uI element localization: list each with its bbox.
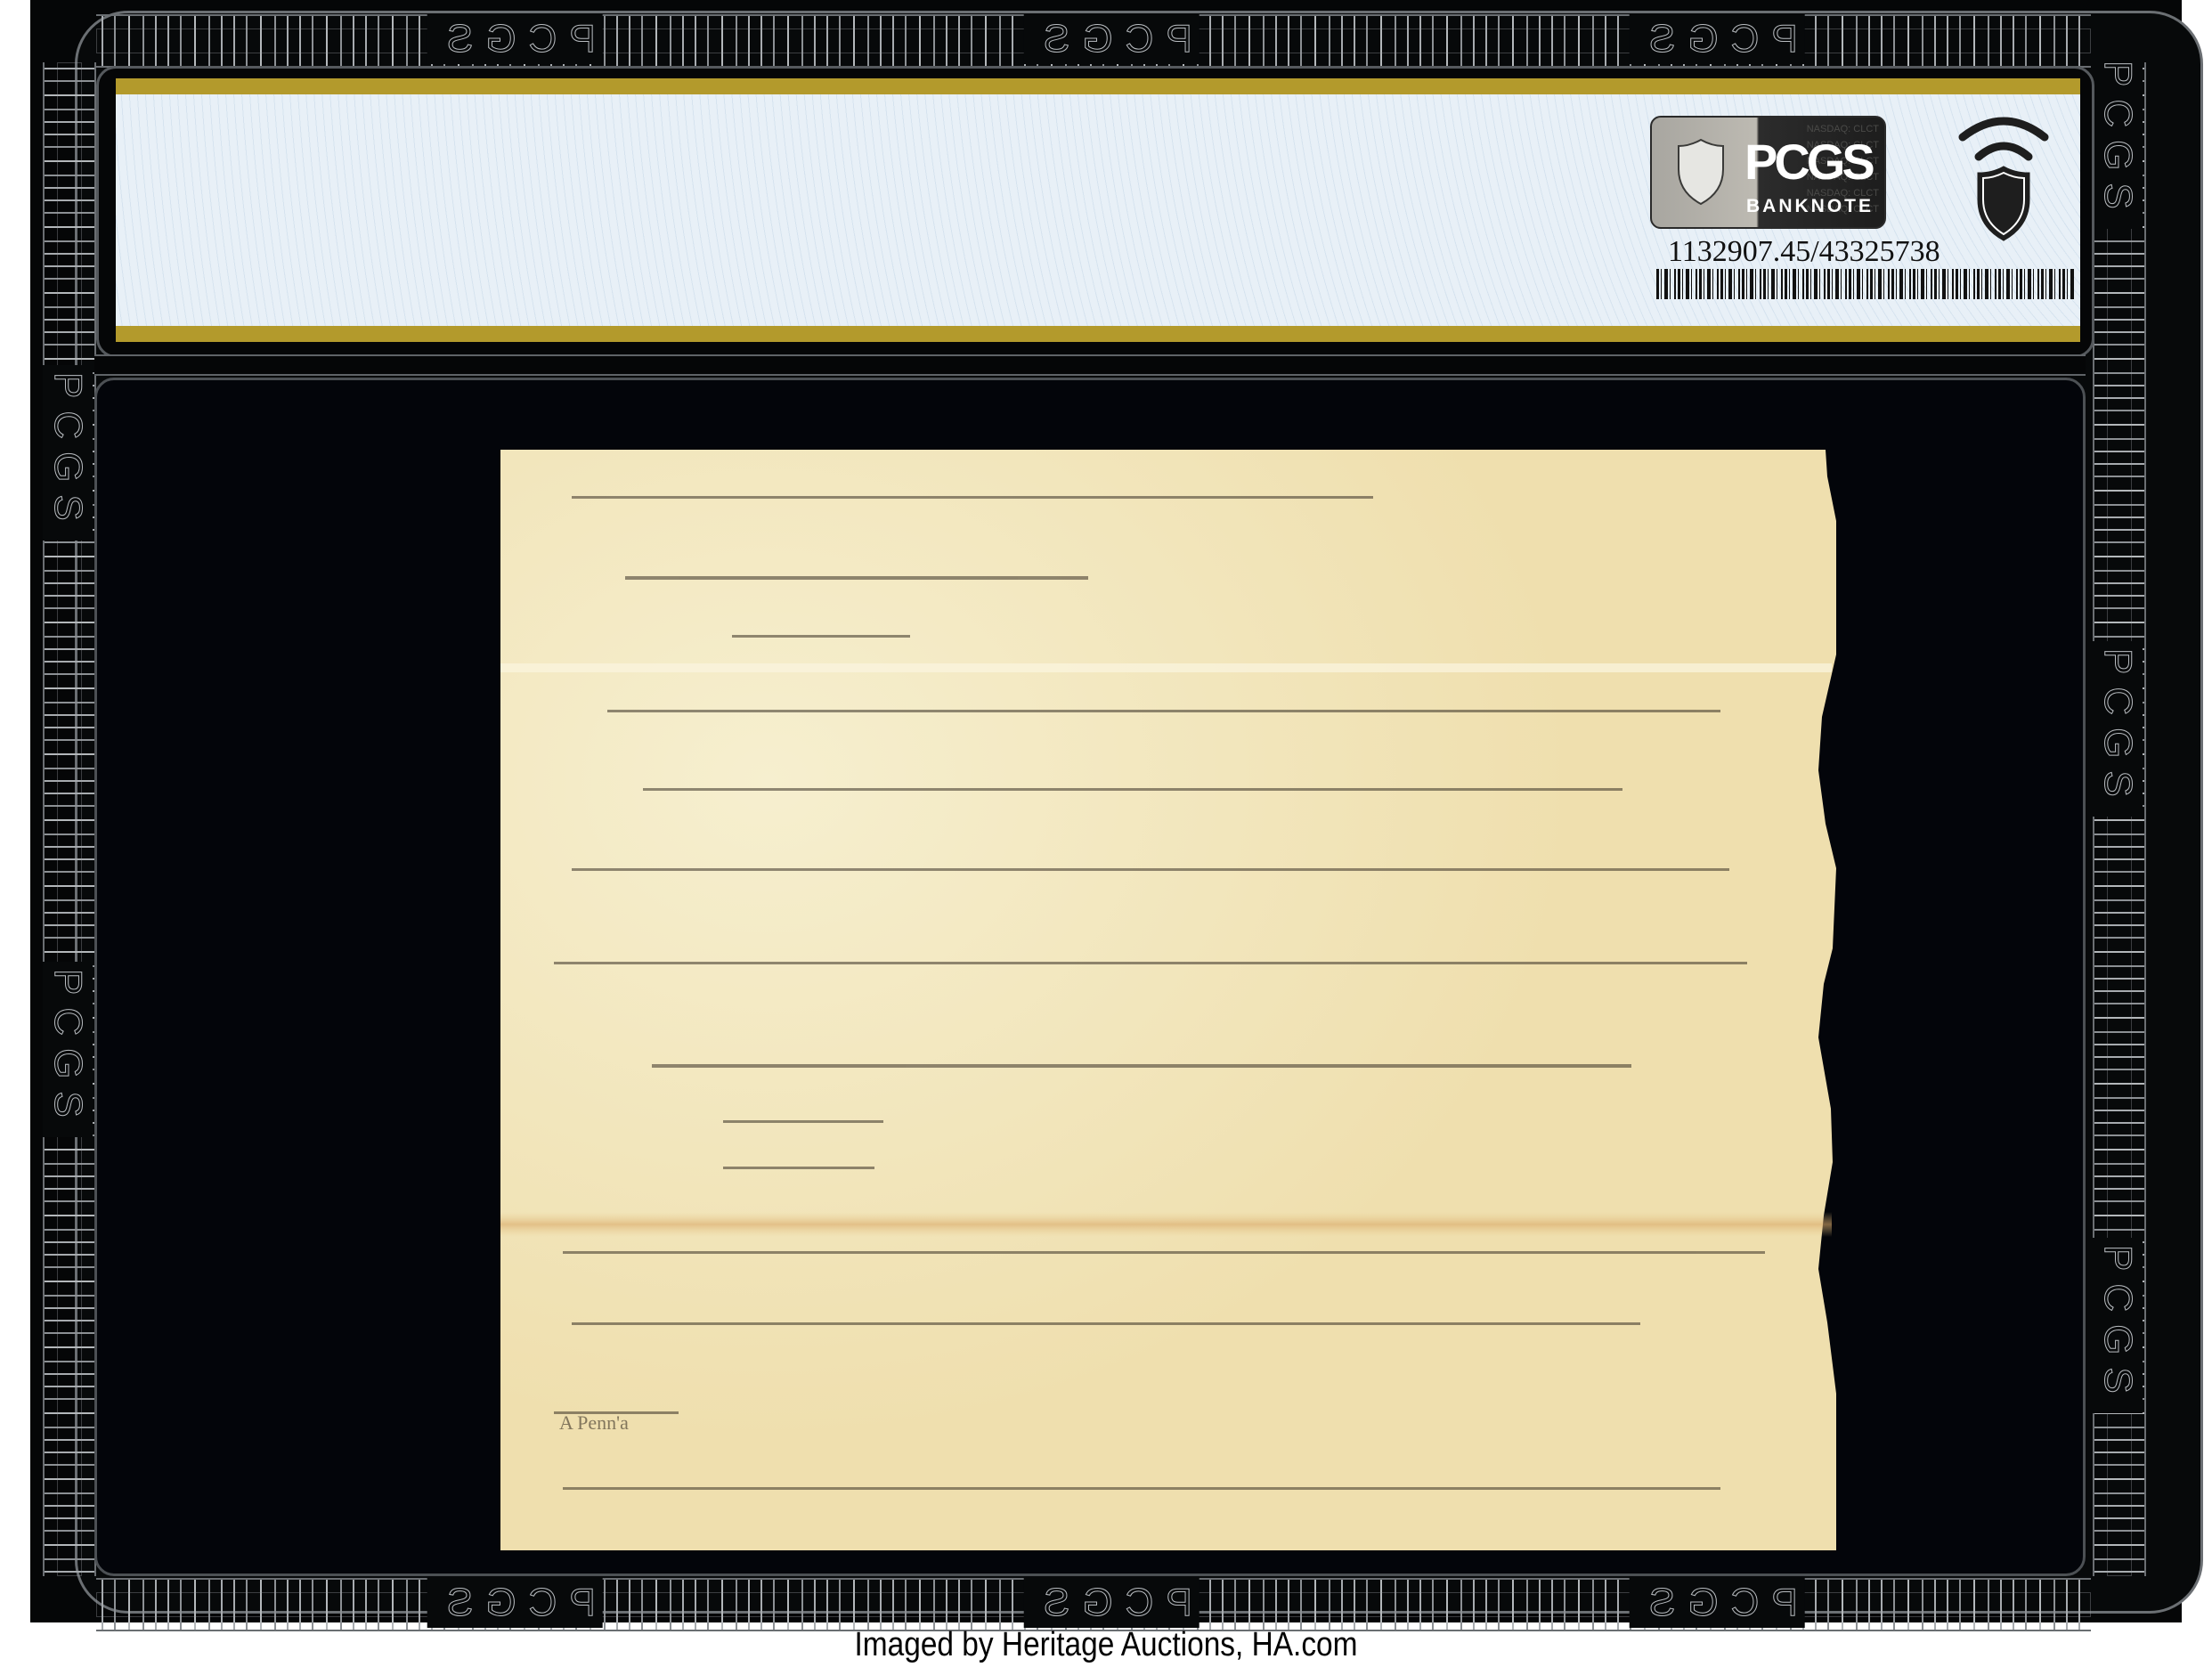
emboss-pcgs-left-lower: PCGS bbox=[43, 962, 93, 1137]
hologram-shield-icon bbox=[1675, 137, 1727, 207]
emboss-pcgs-bottom-left: PCGS bbox=[427, 1578, 603, 1628]
emboss-pcgs-top-left: PCGS bbox=[427, 14, 603, 64]
label-gold-band-bottom bbox=[116, 326, 2080, 342]
emboss-pcgs-right-middle: PCGS bbox=[2093, 641, 2143, 817]
greek-key-border-left bbox=[43, 62, 96, 1576]
label-gold-band-top bbox=[116, 78, 2080, 94]
emboss-pcgs-top-right: PCGS bbox=[1630, 14, 1805, 64]
emboss-pcgs-right-lower: PCGS bbox=[2093, 1238, 2143, 1413]
emboss-pcgs-top-center: PCGS bbox=[1024, 14, 1200, 64]
logo-subtitle: BANKNOTE bbox=[1746, 196, 1874, 217]
image-credit-caption: Imaged by Heritage Auctions, HA.com bbox=[133, 1622, 2079, 1667]
nfc-shield-icon bbox=[1957, 110, 2050, 244]
emboss-pcgs-left-upper: PCGS bbox=[43, 365, 93, 541]
note-faint-text: A Penn'a bbox=[559, 1411, 629, 1434]
barcode bbox=[1656, 269, 2075, 299]
emboss-pcgs-bottom-right: PCGS bbox=[1630, 1578, 1805, 1628]
cert-number: 1132907.45/43325738 bbox=[1668, 235, 1940, 269]
grading-label: NASDAQ: CLCT NASDAQ: CLCT NASDAQ: CLCT N… bbox=[116, 78, 2080, 342]
logo-wordmark: PCGS bbox=[1744, 135, 1872, 189]
holder-divider-rail bbox=[94, 354, 2086, 376]
emboss-pcgs-bottom-center: PCGS bbox=[1024, 1578, 1200, 1628]
banknote-back: A Penn'a bbox=[500, 450, 1836, 1550]
emboss-pcgs-right-upper: PCGS bbox=[2093, 53, 2143, 229]
pcgs-banknote-logo: NASDAQ: CLCT NASDAQ: CLCT NASDAQ: CLCT N… bbox=[1650, 116, 1886, 229]
